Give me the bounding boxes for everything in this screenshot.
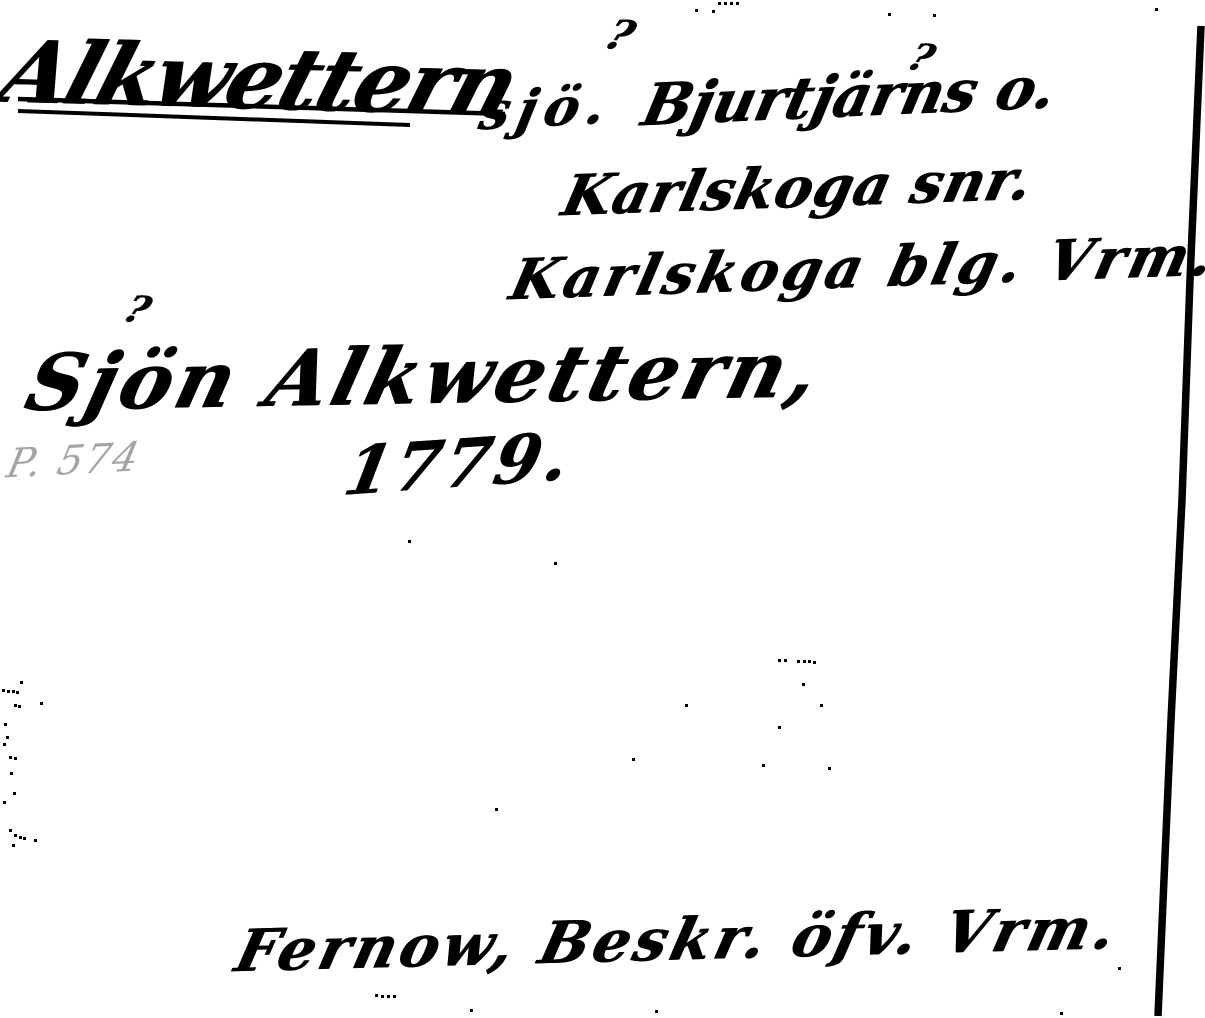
noise-dot — [7, 690, 10, 693]
noise-dot — [381, 995, 384, 998]
noise-dot — [12, 690, 15, 693]
noise-dot — [13, 792, 16, 795]
noise-dot — [14, 704, 17, 707]
district-line: Karlskoga blg. Vrm. — [505, 227, 1205, 308]
noise-dot — [762, 764, 765, 767]
noise-dot — [375, 994, 378, 997]
noise-dot — [40, 702, 43, 705]
noise-dot — [19, 836, 22, 839]
noise-dot — [2, 689, 5, 692]
noise-dot — [784, 659, 787, 662]
noise-dot — [685, 704, 688, 707]
noise-dot — [23, 837, 26, 840]
scanned-archive-card: Alkwettern sjö. ? Bjurtjärns o. ? Karlsk… — [0, 0, 1205, 1018]
noise-dot — [718, 2, 721, 5]
noise-dot — [1118, 967, 1121, 970]
noise-dot — [828, 767, 831, 770]
noise-dot — [10, 772, 13, 775]
noise-dot — [408, 540, 411, 543]
page-reference: P. 574 — [3, 437, 144, 484]
question-mark-annotation: ? — [599, 14, 640, 57]
noise-dot — [18, 705, 21, 708]
noise-dot — [712, 10, 715, 13]
noise-dot — [778, 726, 781, 729]
scan-edge-line — [1158, 26, 1201, 1016]
noise-dot — [888, 13, 891, 16]
noise-dot — [6, 736, 9, 739]
noise-dot — [655, 1010, 658, 1013]
parish-line: Bjurtjärns o. — [637, 58, 1061, 135]
noise-dot — [387, 995, 390, 998]
noise-dot — [20, 681, 23, 684]
noise-dot — [14, 834, 17, 837]
question-mark-annotation: ? — [119, 290, 156, 329]
noise-dot — [632, 758, 635, 761]
noise-dot — [1060, 1012, 1063, 1015]
noise-dot — [813, 661, 816, 664]
noise-dot — [730, 2, 733, 5]
noise-dot — [797, 660, 800, 663]
noise-dot — [4, 723, 7, 726]
noise-dot — [3, 801, 6, 804]
noise-dot — [14, 757, 17, 760]
noise-dot — [820, 704, 823, 707]
noise-dot — [3, 743, 6, 746]
noise-dot — [12, 844, 15, 847]
source-citation: Fernow, Beskr. öfv. Vrm. — [230, 899, 1125, 980]
noise-dot — [802, 683, 805, 686]
noise-dot — [933, 14, 936, 17]
noise-dot — [16, 691, 19, 694]
noise-dot — [736, 2, 739, 5]
year: 1779. — [339, 422, 578, 505]
noise-dot — [34, 839, 37, 842]
headword: Alkwettern — [0, 30, 526, 129]
noise-dot — [9, 829, 12, 832]
noise-dot — [1155, 8, 1158, 11]
noise-dot — [808, 660, 811, 663]
noise-dot — [695, 9, 698, 12]
qualifier-sjo: sjö. — [475, 79, 618, 139]
noise-dot — [495, 808, 498, 811]
noise-dot — [724, 2, 727, 5]
parish-line2: Karlskoga snr. — [557, 152, 1038, 225]
noise-dot — [778, 659, 781, 662]
noise-dot — [393, 995, 396, 998]
noise-dot — [470, 1009, 473, 1012]
name-form: Sjön Alkwettern, — [18, 331, 829, 423]
noise-dot — [803, 660, 806, 663]
noise-dot — [9, 756, 12, 759]
noise-dot — [554, 562, 557, 565]
